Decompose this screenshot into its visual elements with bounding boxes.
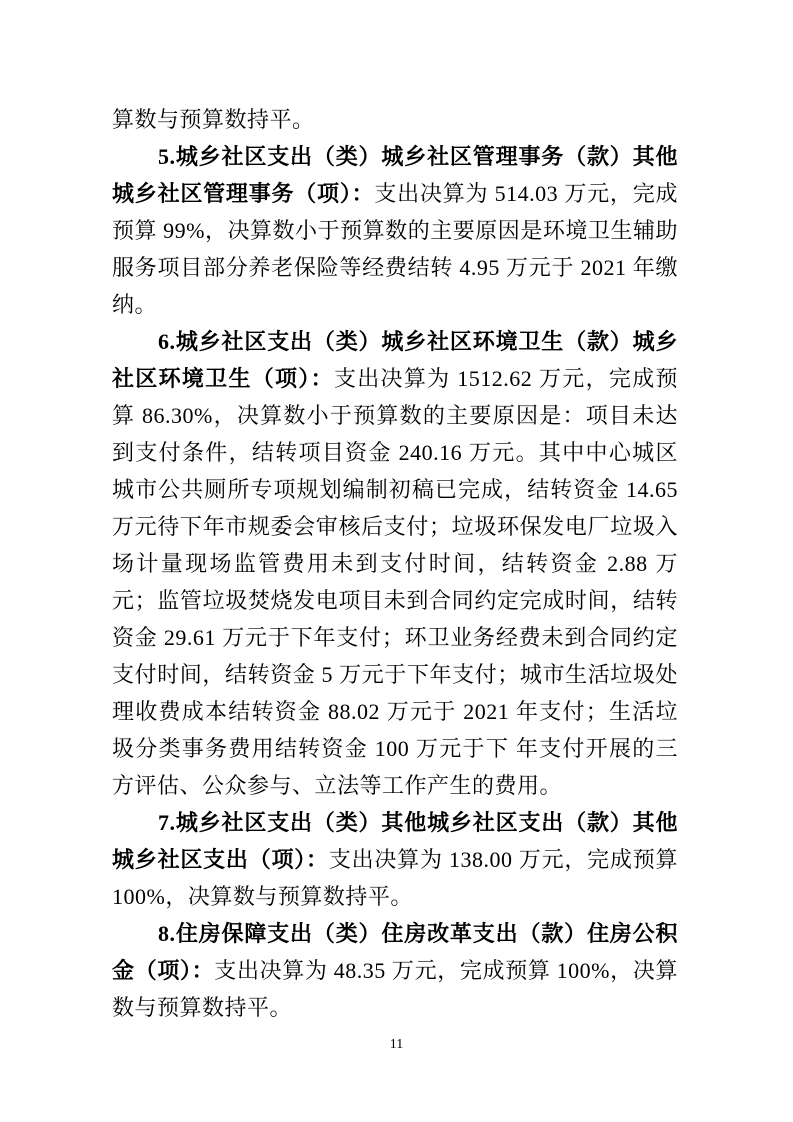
paragraph-item-8: 8.住房保障支出（类）住房改革支出（款）住房公积金（项）：支出决算为 48.35…	[112, 915, 678, 1026]
item-6-text: 支出决算为 1512.62 万元，完成预算 86.30%，决算数小于预算数的主要…	[112, 366, 678, 798]
document-page: 算数与预算数持平。 5.城乡社区支出（类）城乡社区管理事务（款）其他城乡社区管理…	[0, 0, 793, 1122]
paragraph-item-7: 7.城乡社区支出（类）其他城乡社区支出（款）其他城乡社区支出（项）：支出决算为 …	[112, 804, 678, 915]
page-number: 11	[0, 1037, 793, 1053]
document-body: 算数与预算数持平。 5.城乡社区支出（类）城乡社区管理事务（款）其他城乡社区管理…	[112, 101, 678, 1026]
paragraph-item-5: 5.城乡社区支出（类）城乡社区管理事务（款）其他城乡社区管理事务（项）：支出决算…	[112, 138, 678, 323]
paragraph-continuation: 算数与预算数持平。	[112, 101, 678, 138]
paragraph-text: 算数与预算数持平。	[112, 107, 315, 132]
paragraph-item-6: 6.城乡社区支出（类）城乡社区环境卫生（款）城乡社区环境卫生（项）：支出决算为 …	[112, 323, 678, 804]
